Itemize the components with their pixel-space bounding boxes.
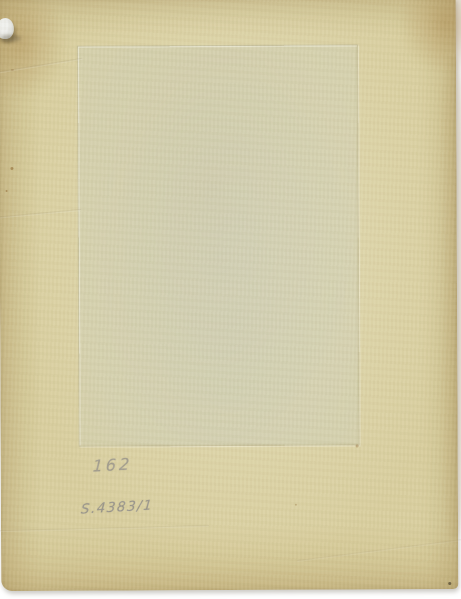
pencil-inscription-inventory-number: S.4383/1 xyxy=(80,497,154,517)
foxing-speck xyxy=(6,190,8,192)
foxing-speck xyxy=(295,504,297,506)
stain-right-edge xyxy=(439,57,461,537)
stain-top-right xyxy=(397,0,461,75)
crease-line xyxy=(0,58,83,74)
paper-sheet: 162 S.4383/1 xyxy=(0,0,458,591)
scan-background: 162 S.4383/1 xyxy=(0,0,461,599)
plate-mark-impression xyxy=(77,44,360,446)
crease-line xyxy=(0,525,209,532)
crease-line xyxy=(297,539,461,562)
crease-line xyxy=(0,209,82,219)
foxing-speck xyxy=(11,69,14,71)
stain-top-left xyxy=(0,0,69,101)
adhesive-smudge xyxy=(1,35,21,42)
foxing-speck xyxy=(10,167,13,170)
foxing-speck xyxy=(448,582,451,585)
pencil-inscription-number: 162 xyxy=(92,454,132,475)
